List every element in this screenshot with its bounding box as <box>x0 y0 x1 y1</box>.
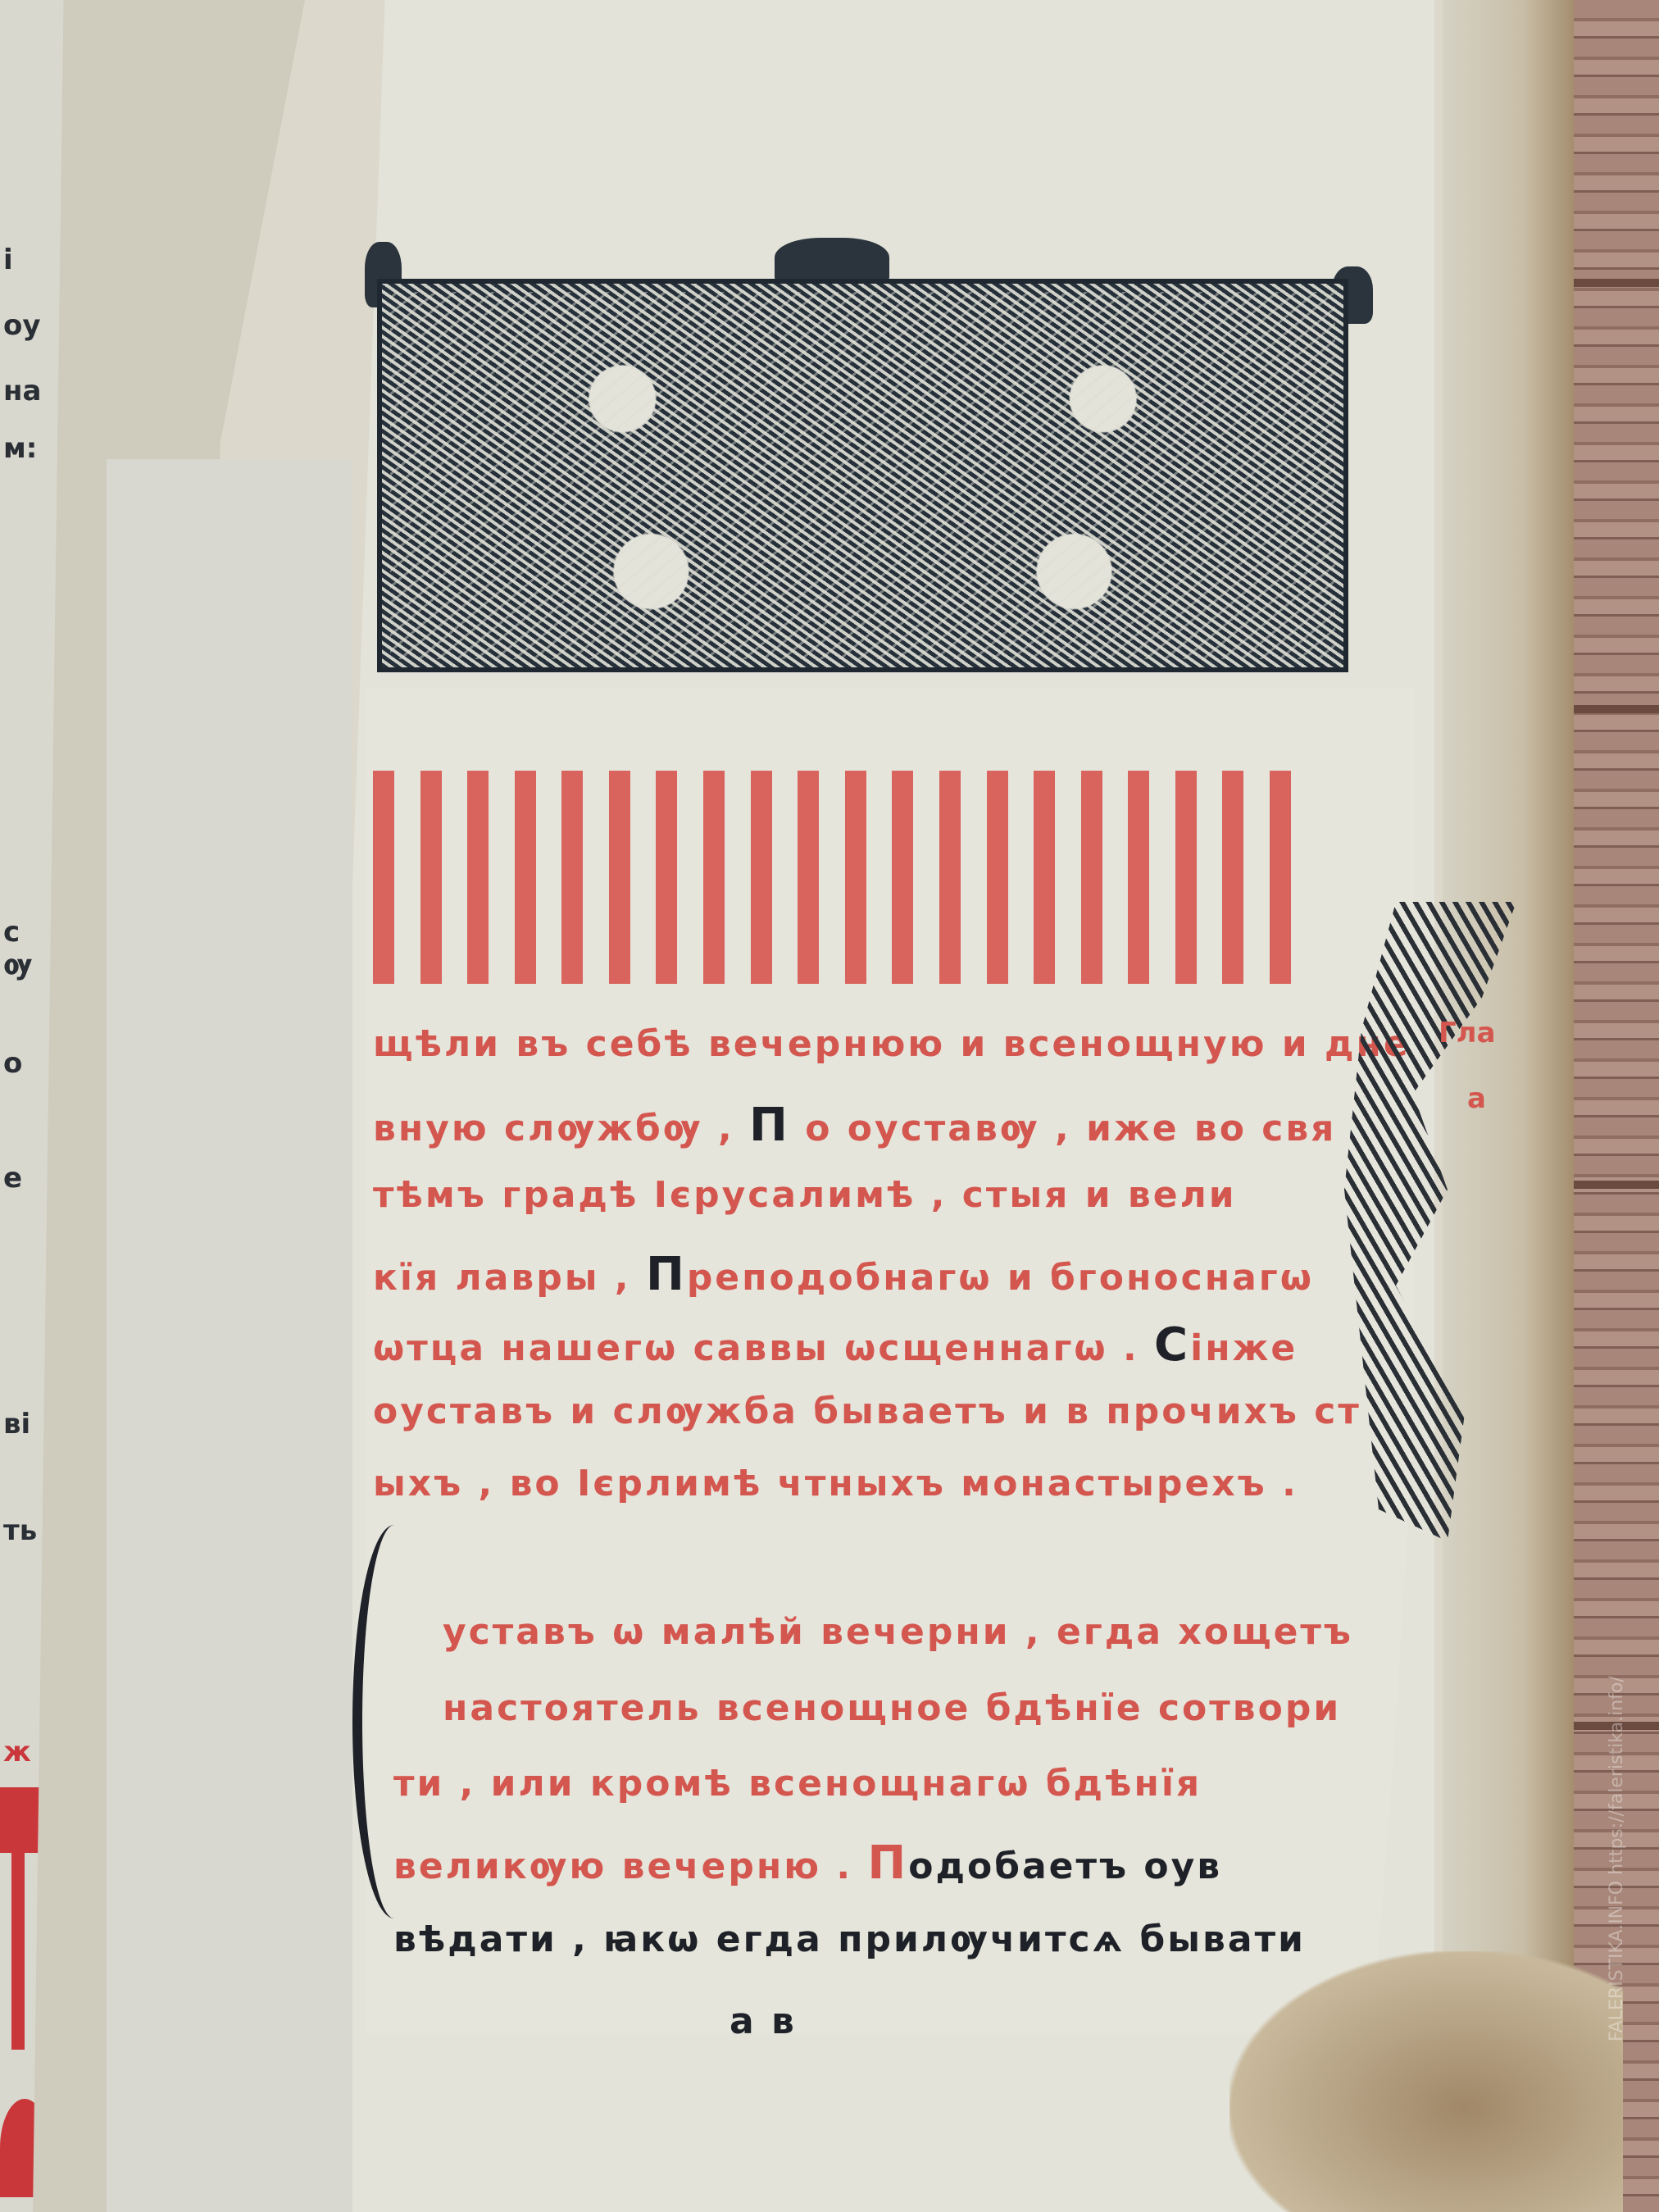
initial-letter: П <box>646 1248 687 1301</box>
fragment-text: ві <box>3 1410 30 1438</box>
text-line: вную слѹжбѹ , П о оуставѹ , иже во свя <box>373 1099 1336 1152</box>
red-ornament-border <box>0 1787 41 1853</box>
text-line: кїя лавры , Преподобнагѡ и бгоноснагѡ <box>373 1248 1314 1301</box>
initial-letter: С <box>1154 1318 1190 1372</box>
signature-mark: а в <box>730 2000 797 2042</box>
fragment-text: о <box>3 1049 22 1077</box>
worn-page-edge <box>1443 0 1574 2212</box>
fragment-text: е <box>3 1164 22 1192</box>
text-line: великѹю вечерню . Подобаетъ оув <box>393 1837 1222 1890</box>
fragment-text: ѹ <box>3 951 32 979</box>
woodcut-headpiece-ornament <box>377 279 1348 672</box>
side-label: а <box>1467 1082 1486 1115</box>
text-line: уставъ ѡ малѣй вечерни , егда хощетъ <box>443 1611 1353 1653</box>
fragment-text: м: <box>3 435 37 462</box>
fragment-text: на <box>3 377 41 405</box>
initial-letter: П <box>867 1837 908 1890</box>
text-line: тѣмъ градѣ Ієрусалимѣ , стыя и вели <box>373 1174 1237 1216</box>
fragment-text: с <box>3 918 20 946</box>
text-line: настоятель всенощное бдѣнїе сотвори <box>443 1687 1341 1729</box>
worn-corner <box>1229 1951 1623 2212</box>
side-label: Гла <box>1439 1017 1496 1049</box>
title-vyaz-text: КНИГА ГЛАГОЛЕМАЯ УСТАВЪ <box>373 771 1291 984</box>
fragment-text: оу <box>3 312 41 339</box>
paper-margin-strip <box>107 459 352 2212</box>
text-line: ѡтца нашегѡ саввы ѡсщеннагѡ . Сінже <box>373 1318 1298 1372</box>
watermark-text: FALERISTIKA.INFO https://faleristika.inf… <box>1607 1676 1627 2041</box>
initial-letter: П <box>749 1099 790 1152</box>
red-ornament-border <box>11 1853 25 2050</box>
fragment-text: ж <box>3 1738 31 1766</box>
fragment-text: і <box>3 246 13 274</box>
text-line: ти , или кромѣ всенощнагѡ бдѣнїя <box>393 1763 1202 1805</box>
text-line: ыхъ , во Ієрлимѣ чтныхъ монастырехъ . <box>373 1463 1298 1504</box>
fragment-text: ть <box>3 1517 37 1545</box>
text-line: вѣдати , ꙗкѡ егда прилѹчитсѧ бывати <box>393 1918 1306 1960</box>
text-line: оуставъ и слѹжба бываетъ и в прочихъ ст <box>373 1390 1361 1432</box>
text-line: щѣли въ себѣ вечернюю и всенощную и дне <box>373 1023 1411 1065</box>
